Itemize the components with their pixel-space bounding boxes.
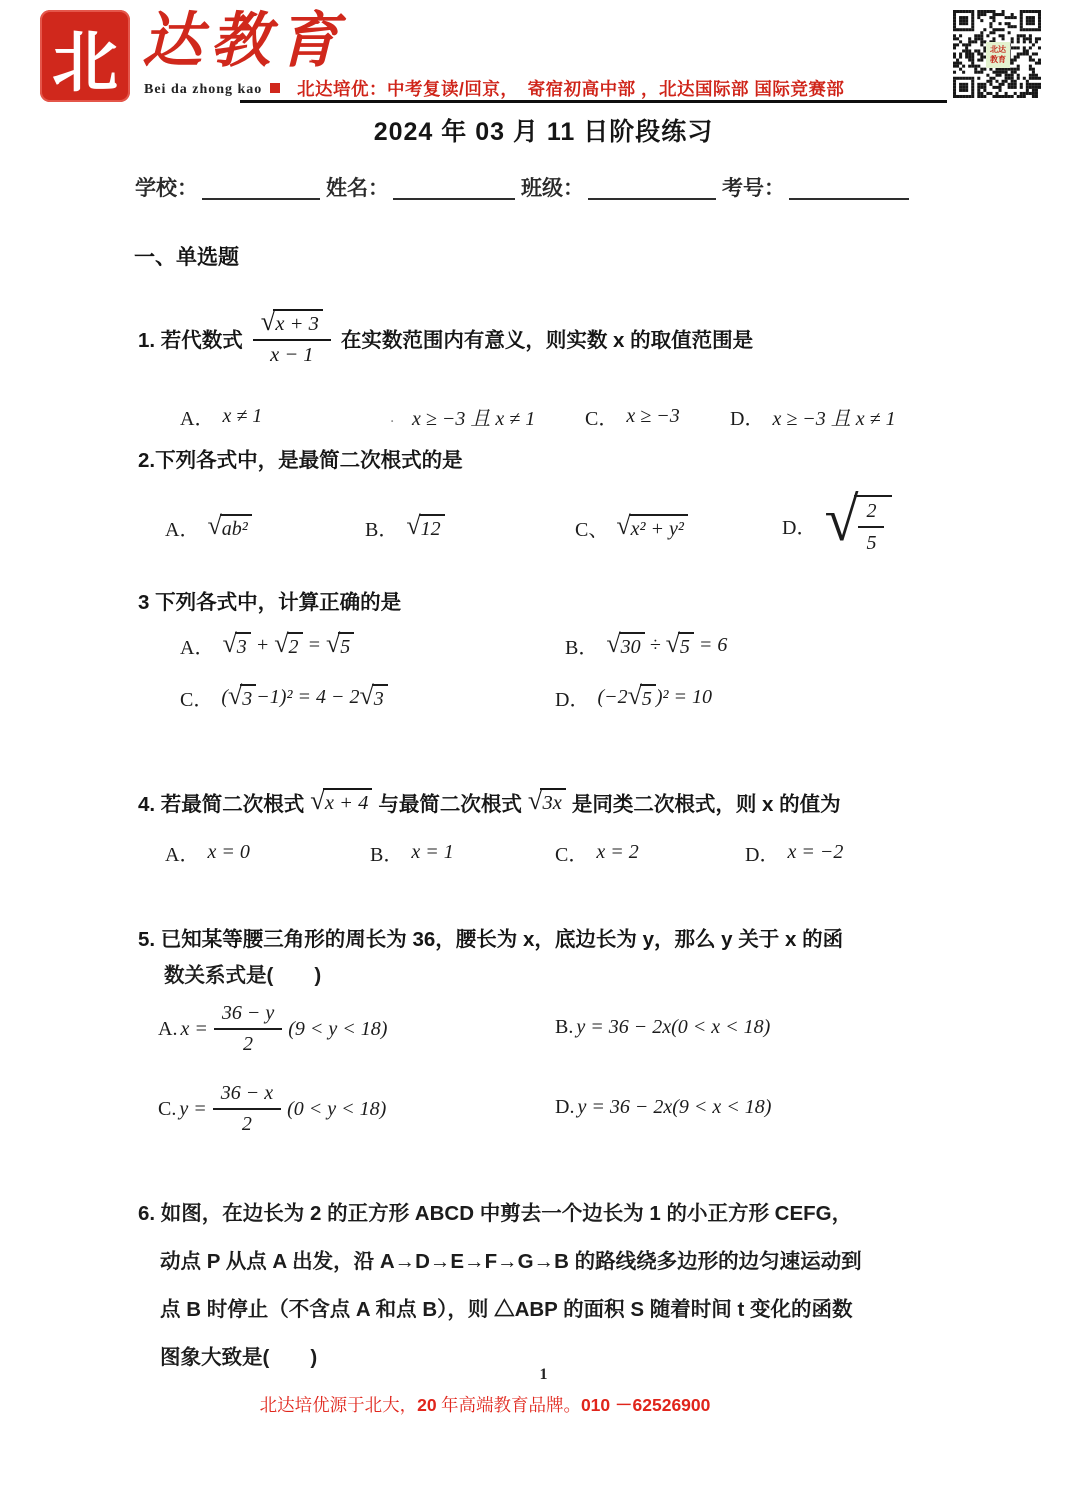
- question-3-option-d: D． (−2 √5 )² = 10: [555, 683, 712, 712]
- question-4: 4. 若最简二次根式 √x + 4 与最简二次根式 √3x 是同类二次根式，则 …: [138, 778, 968, 870]
- school-label: 学校：: [135, 172, 198, 202]
- question-2-options: A．√ab² B．√12 C、√x² + y² D．√25: [138, 495, 968, 575]
- sqrt-radical: √3x: [528, 788, 566, 816]
- sqrt-radical: √5: [628, 684, 656, 711]
- brand-seal-char: 北: [52, 9, 118, 104]
- sqrt-radical: √3: [228, 684, 256, 711]
- sqrt-radical: √30: [606, 632, 644, 659]
- question-5-option-b: B. y = 36 − 2x(0 < x < 18): [555, 1016, 770, 1039]
- question-3-stem: 3 下列各式中，计算正确的是: [138, 585, 968, 615]
- question-1-options: A．x ≠ 1 ．x ≥ −3 且 x ≠ 1 C．x ≥ −3 D．x ≥ −…: [138, 402, 968, 434]
- question-3: 3 下列各式中，计算正确的是 A． √3 + √2 = √5 B． √30 ÷ …: [138, 585, 968, 723]
- question-1-option-c: C．x ≥ −3: [585, 402, 680, 431]
- class-label: 班级：: [521, 172, 584, 202]
- name-label: 姓名：: [326, 172, 389, 202]
- question-3-option-c: C． ( √3 −1)² = 4 − 2 √3: [180, 683, 388, 712]
- question-1-option-b: ．x ≥ −3 且 x ≠ 1: [390, 402, 535, 431]
- question-5-options-row-1: A. x = 36 − y2 (9 < y < 18) B. y = 36 − …: [138, 996, 968, 1070]
- fraction: 36 − y2: [214, 1002, 282, 1056]
- sqrt-radical: √x² + y²: [616, 514, 688, 541]
- sqrt-radical: √x + 4: [310, 788, 372, 816]
- fraction: √x + 3 x − 1: [253, 309, 331, 368]
- sqrt-radical-fraction: √25: [824, 495, 892, 555]
- question-6-line-2: 动点 P 从点 A 出发，沿 A→D→E→F→G→B 的路线绕多边形的边匀速运动…: [160, 1238, 968, 1286]
- class-blank: [588, 174, 716, 200]
- question-4-options: A．x = 0 B．x = 1 C．x = 2 D．x = −2: [138, 838, 968, 870]
- student-info-row: 学校： 姓名： 班级： 考号：: [135, 172, 963, 202]
- brand-subtitle: Bei da zhong kao: [144, 82, 280, 98]
- question-2: 2.下列各式中，是最简二次根式的是 A．√ab² B．√12 C、√x² + y…: [138, 443, 968, 575]
- name-blank: [393, 174, 515, 200]
- question-2-option-c: C、√x² + y²: [575, 513, 688, 542]
- question-4-option-c: C．x = 2: [555, 838, 639, 867]
- sqrt-radical: √2: [274, 632, 302, 659]
- question-5-option-a: A. x = 36 − y2 (9 < y < 18): [158, 1002, 387, 1056]
- question-2-stem: 2.下列各式中，是最简二次根式的是: [138, 443, 968, 473]
- section-heading-single-choice: 一、单选题: [134, 241, 239, 271]
- header-tagline: 北达培优：中考复读/回京， 寄宿初高中部 ，北达国际部 国际竞赛部: [297, 76, 844, 101]
- question-6-line-3: 点 B 时停止（不含点 A 和点 B），则 △ABP 的面积 S 随着时间 t …: [160, 1286, 968, 1334]
- question-2-option-b: B．√12: [365, 513, 445, 542]
- question-5: 5. 已知某等腰三角形的周长为 36，腰长为 x，底边长为 y，那么 y 关于 …: [138, 922, 968, 1150]
- question-2-option-a: A．√ab²: [165, 513, 252, 542]
- sqrt-radical: √3: [359, 684, 387, 711]
- footer-phone: 010 －62526900: [581, 1395, 710, 1415]
- red-square-mark: [270, 83, 280, 93]
- brand-seal-logo: 北: [40, 10, 130, 102]
- question-4-option-b: B．x = 1: [370, 838, 454, 867]
- question-6: 6. 如图，在边长为 2 的正方形 ABCD 中剪去一个边长为 1 的小正方形 …: [138, 1190, 968, 1382]
- sqrt-radical: √5: [666, 632, 694, 659]
- question-4-stem: 4. 若最简二次根式 √x + 4 与最简二次根式 √3x 是同类二次根式，则 …: [138, 778, 968, 826]
- question-1: 1. 若代数式 √x + 3 x − 1 在实数范围内有意义，则实数 x 的取值…: [138, 292, 968, 434]
- exam-no-blank: [789, 174, 909, 200]
- page-number: 1: [0, 1366, 1087, 1384]
- question-5-options-row-2: C. y = 36 − x2 (0 < y < 18) D. y = 36 − …: [138, 1076, 968, 1150]
- question-4-option-a: A．x = 0: [165, 838, 250, 867]
- question-4-option-d: D．x = −2: [745, 838, 843, 867]
- sqrt-radical: √x + 3: [261, 309, 323, 337]
- exam-page: 北 达教育 Bei da zhong kao 北达培优：中考复读/回京， 寄宿初…: [0, 0, 1087, 1512]
- question-5-stem-line-2: 数关系式是( ): [164, 958, 968, 988]
- question-1-stem: 1. 若代数式 √x + 3 x − 1 在实数范围内有意义，则实数 x 的取值…: [138, 292, 968, 384]
- sqrt-radical: √5: [326, 632, 354, 659]
- question-1-option-a: A．x ≠ 1: [180, 402, 262, 431]
- sqrt-radical: √12: [406, 514, 444, 541]
- qr-code: 北达 教育: [953, 10, 1041, 98]
- fraction: 36 − x2: [213, 1082, 281, 1136]
- qr-center-label: 北达 教育: [986, 42, 1010, 68]
- question-3-options-row-2: C． ( √3 −1)² = 4 − 2 √3 D． (−2 √5 )² = 1…: [138, 683, 968, 723]
- sqrt-radical: √3: [222, 632, 250, 659]
- page-title: 2024 年 03 月 11 日阶段练习: [0, 112, 1087, 148]
- question-5-option-c: C. y = 36 − x2 (0 < y < 18): [158, 1082, 386, 1136]
- footer-slogan: 北达培优源于北大，20 年高端教育品牌。010 －62526900: [0, 1392, 970, 1417]
- question-3-option-b: B． √30 ÷ √5 = 6: [565, 631, 727, 660]
- question-5-option-d: D. y = 36 − 2x(9 < x < 18): [555, 1096, 771, 1119]
- school-blank: [202, 174, 320, 200]
- question-5-stem-line-1: 5. 已知某等腰三角形的周长为 36，腰长为 x，底边长为 y，那么 y 关于 …: [138, 922, 968, 952]
- exam-no-label: 考号：: [722, 172, 785, 202]
- brand-subtitle-text: Bei da zhong kao: [144, 82, 262, 97]
- sqrt-radical: √ab²: [207, 514, 251, 541]
- question-3-options-row-1: A． √3 + √2 = √5 B． √30 ÷ √5 = 6: [138, 631, 968, 671]
- header-divider: [240, 100, 947, 103]
- question-2-option-d: D．√25: [782, 495, 892, 555]
- question-1-option-d: D．x ≥ −3 且 x ≠ 1: [730, 402, 896, 431]
- question-3-option-a: A． √3 + √2 = √5: [180, 631, 354, 660]
- question-6-line-1: 6. 如图，在边长为 2 的正方形 ABCD 中剪去一个边长为 1 的小正方形 …: [138, 1190, 968, 1238]
- brand-name: 达教育: [142, 2, 346, 80]
